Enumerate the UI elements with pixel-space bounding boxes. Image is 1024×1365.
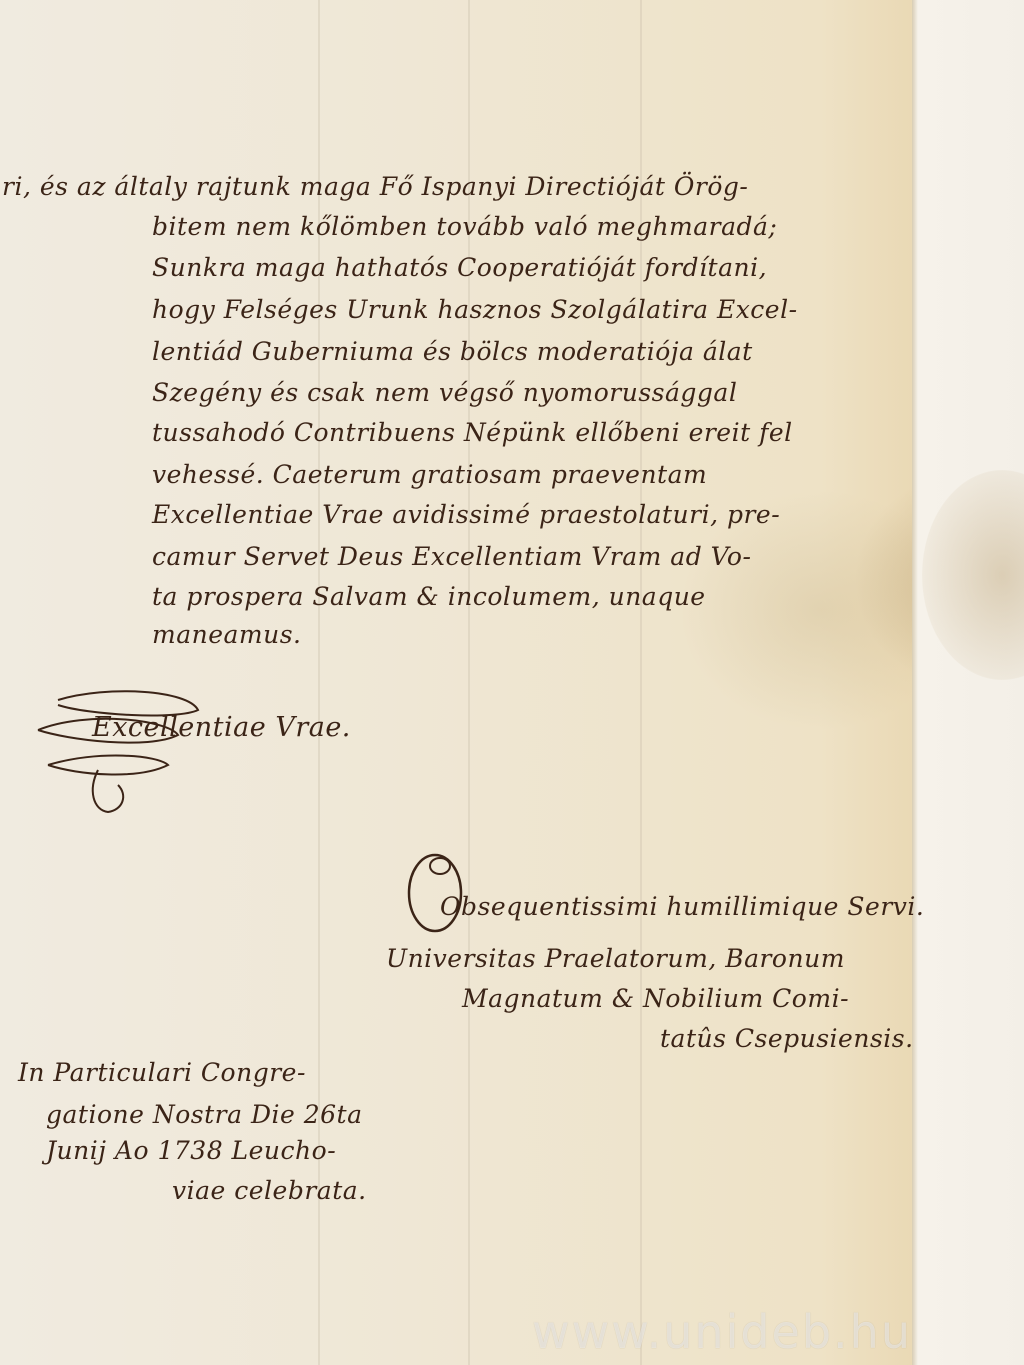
water-stain — [922, 470, 1024, 680]
body-line-9: Excellentiae Vrae avidissimé praestolatu… — [152, 500, 780, 529]
signature-line-1: Obsequentissimi humillimique Servi. — [440, 892, 924, 921]
website-watermark: www.unideb.hu — [532, 1305, 912, 1359]
body-line-8: vehessé. Caeterum gratiosam praeventam — [152, 460, 707, 489]
body-line-1: ri, és az általy rajtunk maga Fő Ispanyi… — [2, 172, 748, 201]
signature-line-3: Magnatum & Nobilium Comi- — [462, 984, 849, 1013]
body-line-5: lentiád Guberniuma és bölcs moderatiója … — [152, 337, 753, 366]
paper-fold-line — [640, 0, 642, 1365]
calligraphic-flourish-icon — [28, 680, 208, 824]
signature-line-2: Universitas Praelatorum, Baronum — [386, 944, 845, 973]
body-line-6: Szegény és csak nem végső nyomorussággal — [152, 378, 737, 407]
dateline-2: gatione Nostra Die 26ta — [46, 1100, 363, 1129]
body-line-7: tussahodó Contribuens Népünk ellőbeni er… — [152, 418, 793, 447]
body-line-2: bitem nem kőlömben tovább való meghmarad… — [152, 212, 777, 241]
body-line-10: camur Servet Deus Excellentiam Vram ad V… — [152, 542, 751, 571]
body-line-11: ta prospera Salvam & incolumem, unaque — [152, 582, 706, 611]
salutation: Excellentiae Vrae. — [92, 712, 351, 743]
dateline-3: Junij Ao 1738 Leucho- — [46, 1136, 336, 1165]
adjacent-page-edge — [912, 0, 1024, 1365]
body-line-12: maneamus. — [152, 620, 302, 649]
body-line-4: hogy Felséges Urunk hasznos Szolgálatira… — [152, 295, 798, 324]
body-line-3: Sunkra maga hathatós Cooperatióját fordí… — [152, 253, 767, 282]
dateline-1: In Particulari Congre- — [18, 1058, 306, 1087]
paper-fold-line — [468, 0, 470, 1365]
dateline-4: viae celebrata. — [172, 1176, 367, 1205]
signature-line-4: tatûs Csepusiensis. — [660, 1024, 914, 1053]
manuscript-photo: ri, és az általy rajtunk maga Fő Ispanyi… — [0, 0, 1024, 1365]
